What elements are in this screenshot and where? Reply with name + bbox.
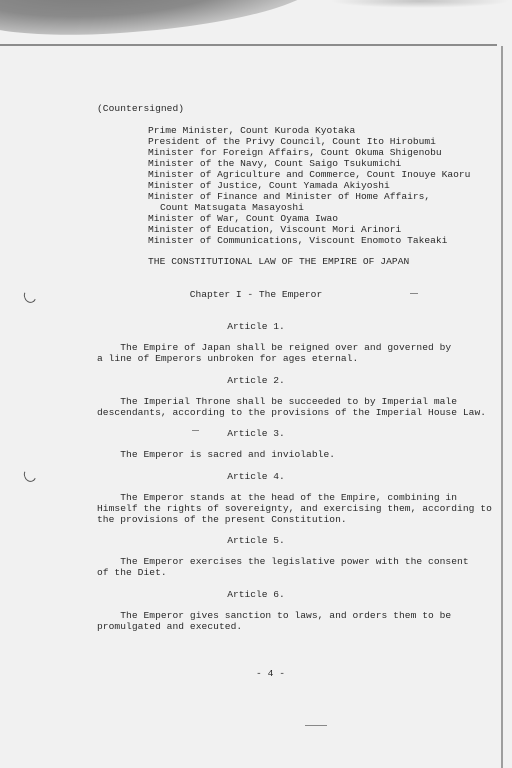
signatory: Minister of War, Count Oyama Iwao <box>148 213 338 224</box>
page-edge-right <box>501 46 503 768</box>
scan-mark <box>410 293 418 294</box>
article-text: Himself the rights of sovereignty, and e… <box>97 503 492 514</box>
signatory: Minister for Foreign Affairs, Count Okum… <box>148 147 442 158</box>
article-text: a line of Emperors unbroken for ages ete… <box>97 353 358 364</box>
countersigned-label: (Countersigned) <box>97 103 184 114</box>
article-text: The Emperor stands at the head of the Em… <box>97 492 457 503</box>
article-text: descendants, according to the provisions… <box>97 407 486 418</box>
article-heading: Article 2. <box>0 375 512 386</box>
article-text: The Emperor exercises the legislative po… <box>97 556 469 567</box>
article-text: The Imperial Throne shall be succeeded t… <box>97 396 457 407</box>
signatory: Minister of Communications, Viscount Eno… <box>148 235 447 246</box>
article-text: of the Diet. <box>97 567 167 578</box>
article-text: The Emperor gives sanction to laws, and … <box>97 610 451 621</box>
page-edge-top <box>0 44 497 46</box>
article-heading: Article 1. <box>0 321 512 332</box>
signatory-continuation: Count Matsugata Masayoshi <box>148 202 304 213</box>
signatory: Minister of Agriculture and Commerce, Co… <box>148 169 470 180</box>
article-text: The Emperor is sacred and inviolable. <box>97 449 335 460</box>
scan-smudge <box>0 0 322 41</box>
signatory: Minister of Finance and Minister of Home… <box>148 191 430 202</box>
signatory: Minister of the Navy, Count Saigo Tsukum… <box>148 158 401 169</box>
page-number: - 4 - <box>256 668 285 679</box>
signatory: President of the Privy Council, Count It… <box>148 136 436 147</box>
article-heading: Article 3. <box>0 428 512 439</box>
scan-mark <box>305 725 327 726</box>
article-heading: Article 5. <box>0 535 512 546</box>
article-heading: Article 4. <box>0 471 512 482</box>
scan-smudge <box>330 0 510 8</box>
signatory: Prime Minister, Count Kuroda Kyotaka <box>148 125 355 136</box>
article-text: The Empire of Japan shall be reigned ove… <box>97 342 451 353</box>
signatory: Minister of Education, Viscount Mori Ari… <box>148 224 401 235</box>
article-heading: Article 6. <box>0 589 512 600</box>
signatory: Minister of Justice, Count Yamada Akiyos… <box>148 180 390 191</box>
article-text: promulgated and executed. <box>97 621 242 632</box>
chapter-title: Chapter I - The Emperor <box>0 289 512 300</box>
law-title: THE CONSTITUTIONAL LAW OF THE EMPIRE OF … <box>148 256 409 267</box>
article-text: the provisions of the present Constituti… <box>97 514 347 525</box>
